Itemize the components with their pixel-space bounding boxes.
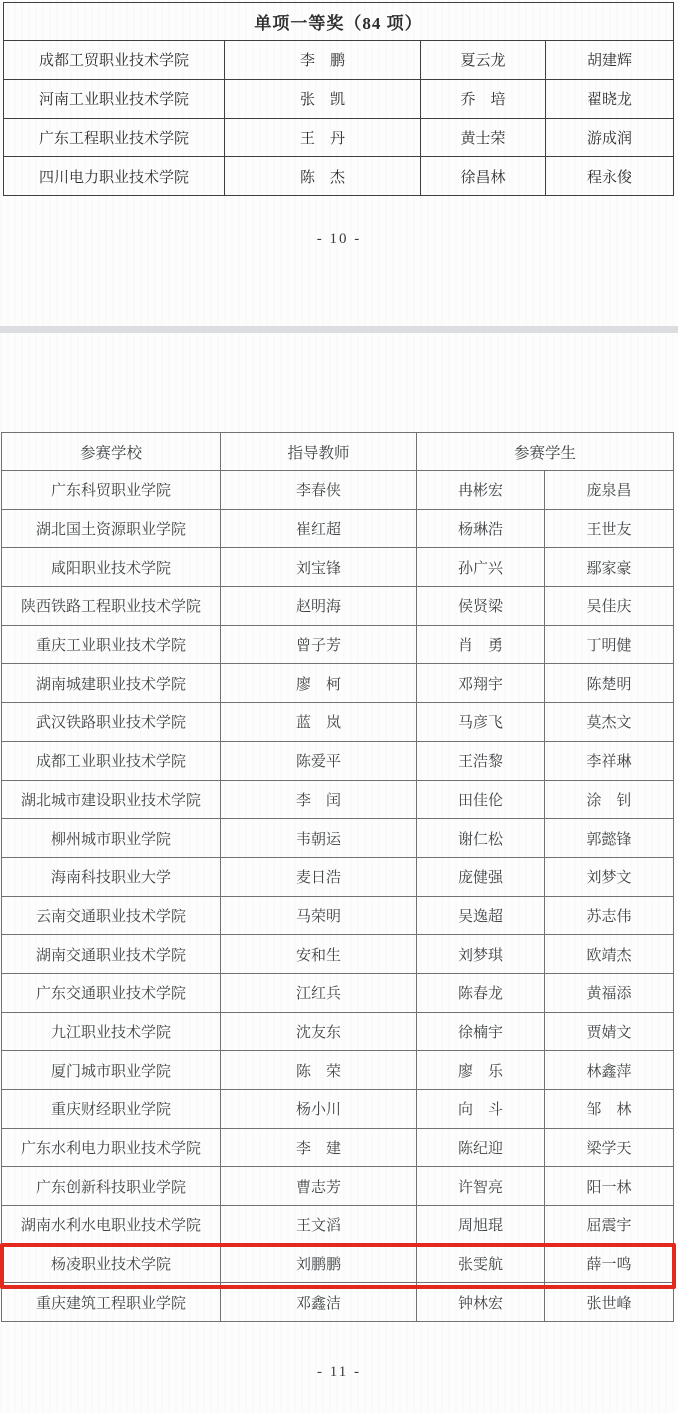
table-row: 成都工业职业技术学院陈爱平王浩黎李祥琳 [2, 741, 674, 780]
table-row: 咸阳职业技术学院刘宝锋孙广兴鄢家豪 [2, 548, 674, 587]
cell-student2: 李祥琳 [545, 741, 674, 780]
table-row: 广东科贸职业学院李春侠冉彬宏庞泉昌 [2, 471, 674, 510]
cell-school: 重庆建筑工程职业学院 [2, 1283, 221, 1322]
cell-student2: 游成润 [546, 118, 674, 157]
table-row: 九江职业技术学院沈友东徐楠宇贾婧文 [2, 1012, 674, 1051]
cell-student1: 徐昌林 [421, 157, 546, 196]
table-row: 湖南城建职业技术学院廖 柯邓翔宇陈楚明 [2, 664, 674, 703]
cell-school: 广东创新科技职业学院 [2, 1167, 221, 1206]
award-table-body-bottom: 广东科贸职业学院李春侠冉彬宏庞泉昌湖北国土资源职业学院崔红超杨琳浩王世友咸阳职业… [2, 471, 674, 1322]
cell-school: 重庆财经职业学院 [2, 1090, 221, 1129]
cell-teacher: 邓鑫洁 [221, 1283, 417, 1322]
cell-student1: 张雯航 [417, 1244, 545, 1283]
cell-student2: 陈楚明 [545, 664, 674, 703]
cell-school: 湖南交通职业技术学院 [2, 935, 221, 974]
cell-student1: 吴逸超 [417, 896, 545, 935]
cell-teacher: 曹志芳 [221, 1167, 417, 1206]
cell-student2: 胡建辉 [546, 41, 674, 80]
table-row: 河南工业职业技术学院张 凯乔 培翟晓龙 [4, 79, 674, 118]
table-row: 湖北城市建设职业技术学院李 闰田佳伦涂 钊 [2, 780, 674, 819]
cell-school: 成都工贸职业技术学院 [4, 41, 225, 80]
cell-student1: 黄士荣 [421, 118, 546, 157]
table-row: 广东水利电力职业技术学院李 建陈纪迎梁学天 [2, 1128, 674, 1167]
table-row: 厦门城市职业学院陈 荣廖 乐林鑫萍 [2, 1051, 674, 1090]
cell-school: 湖北国土资源职业学院 [2, 509, 221, 548]
cell-student1: 刘梦琪 [417, 935, 545, 974]
cell-student1: 马彦飞 [417, 703, 545, 742]
cell-teacher: 麦日浩 [221, 857, 417, 896]
cell-school: 咸阳职业技术学院 [2, 548, 221, 587]
cell-student2: 郭懿锋 [545, 819, 674, 858]
cell-student2: 丁明健 [545, 625, 674, 664]
table-row: 广东创新科技职业学院曹志芳许智亮阳一林 [2, 1167, 674, 1206]
cell-student1: 周旭琨 [417, 1206, 545, 1245]
cell-school: 湖南城建职业技术学院 [2, 664, 221, 703]
column-header-row: 参赛学校 指导教师 参赛学生 [2, 433, 674, 471]
cell-student1: 孙广兴 [417, 548, 545, 587]
cell-student1: 乔 培 [421, 79, 546, 118]
cell-student2: 翟晓龙 [546, 79, 674, 118]
cell-student1: 邓翔宇 [417, 664, 545, 703]
cell-student1: 王浩黎 [417, 741, 545, 780]
table-row: 湖北国土资源职业学院崔红超杨琳浩王世友 [2, 509, 674, 548]
cell-teacher: 马荣明 [221, 896, 417, 935]
cell-student2: 程永俊 [546, 157, 674, 196]
award-table-page10: 单项一等奖（84 项） 成都工贸职业技术学院李 鹏夏云龙胡建辉河南工业职业技术学… [3, 2, 674, 196]
cell-teacher: 王 丹 [225, 118, 421, 157]
cell-teacher: 陈 荣 [221, 1051, 417, 1090]
cell-teacher: 廖 柯 [221, 664, 417, 703]
cell-school: 海南科技职业大学 [2, 857, 221, 896]
cell-teacher: 安和生 [221, 935, 417, 974]
cell-teacher: 陈 杰 [225, 157, 421, 196]
cell-student1: 谢仁松 [417, 819, 545, 858]
cell-teacher: 刘宝锋 [221, 548, 417, 587]
cell-school: 九江职业技术学院 [2, 1012, 221, 1051]
table-row: 武汉铁路职业技术学院蓝 岚马彦飞莫杰文 [2, 703, 674, 742]
cell-teacher: 刘鹏鹏 [221, 1244, 417, 1283]
cell-school: 湖北城市建设职业技术学院 [2, 780, 221, 819]
cell-teacher: 李 建 [221, 1128, 417, 1167]
cell-student2: 鄢家豪 [545, 548, 674, 587]
col-header-students: 参赛学生 [417, 433, 674, 471]
cell-teacher: 韦朝运 [221, 819, 417, 858]
cell-school: 杨凌职业技术学院 [2, 1244, 221, 1283]
cell-student1: 向 斗 [417, 1090, 545, 1129]
scanned-document-page: 单项一等奖（84 项） 成都工贸职业技术学院李 鹏夏云龙胡建辉河南工业职业技术学… [0, 0, 678, 1413]
page-number-10: - 10 - [0, 231, 678, 248]
cell-school: 湖南水利水电职业技术学院 [2, 1206, 221, 1245]
cell-student1: 钟林宏 [417, 1283, 545, 1322]
cell-student1: 夏云龙 [421, 41, 546, 80]
cell-teacher: 沈友东 [221, 1012, 417, 1051]
table-row: 广东交通职业技术学院江红兵陈春龙黄福添 [2, 973, 674, 1012]
cell-school: 云南交通职业技术学院 [2, 896, 221, 935]
award-table-page11: 参赛学校 指导教师 参赛学生 广东科贸职业学院李春侠冉彬宏庞泉昌湖北国土资源职业… [1, 432, 674, 1322]
table-row: 成都工贸职业技术学院李 鹏夏云龙胡建辉 [4, 41, 674, 80]
cell-teacher: 曾子芳 [221, 625, 417, 664]
award-table-title: 单项一等奖（84 项） [4, 3, 674, 41]
cell-student2: 林鑫萍 [545, 1051, 674, 1090]
cell-student2: 黄福添 [545, 973, 674, 1012]
cell-school: 成都工业职业技术学院 [2, 741, 221, 780]
cell-school: 广东工程职业技术学院 [4, 118, 225, 157]
cell-student1: 陈春龙 [417, 973, 545, 1012]
cell-student2: 阳一林 [545, 1167, 674, 1206]
cell-student2: 薛一鸣 [545, 1244, 674, 1283]
highlighted-row: 杨凌职业技术学院刘鹏鹏张雯航薛一鸣 [2, 1244, 674, 1283]
cell-student1: 田佳伦 [417, 780, 545, 819]
cell-school: 陕西铁路工程职业技术学院 [2, 587, 221, 626]
cell-teacher: 蓝 岚 [221, 703, 417, 742]
cell-teacher: 张 凯 [225, 79, 421, 118]
cell-student2: 贾婧文 [545, 1012, 674, 1051]
table-row: 湖南交通职业技术学院安和生刘梦琪欧靖杰 [2, 935, 674, 974]
table-row: 四川电力职业技术学院陈 杰徐昌林程永俊 [4, 157, 674, 196]
award-title-row: 单项一等奖（84 项） [4, 3, 674, 41]
cell-student2: 庞泉昌 [545, 471, 674, 510]
cell-student2: 梁学天 [545, 1128, 674, 1167]
page-number-11: - 11 - [0, 1364, 678, 1381]
cell-school: 广东水利电力职业技术学院 [2, 1128, 221, 1167]
table-row: 柳州城市职业学院韦朝运谢仁松郭懿锋 [2, 819, 674, 858]
cell-student2: 邹 林 [545, 1090, 674, 1129]
cell-teacher: 李 闰 [221, 780, 417, 819]
cell-student2: 涂 钊 [545, 780, 674, 819]
cell-student1: 肖 勇 [417, 625, 545, 664]
cell-school: 柳州城市职业学院 [2, 819, 221, 858]
cell-teacher: 赵明海 [221, 587, 417, 626]
cell-student1: 冉彬宏 [417, 471, 545, 510]
cell-student2: 屈震宇 [545, 1206, 674, 1245]
cell-teacher: 崔红超 [221, 509, 417, 548]
col-header-school: 参赛学校 [2, 433, 221, 471]
col-header-teacher: 指导教师 [221, 433, 417, 471]
table-row: 广东工程职业技术学院王 丹黄士荣游成润 [4, 118, 674, 157]
cell-teacher: 江红兵 [221, 973, 417, 1012]
table-row: 重庆建筑工程职业学院邓鑫洁钟林宏张世峰 [2, 1283, 674, 1322]
cell-student1: 庞健强 [417, 857, 545, 896]
cell-school: 四川电力职业技术学院 [4, 157, 225, 196]
cell-student2: 莫杰文 [545, 703, 674, 742]
cell-student2: 吴佳庆 [545, 587, 674, 626]
cell-student1: 陈纪迎 [417, 1128, 545, 1167]
cell-student2: 苏志伟 [545, 896, 674, 935]
award-table-body-top: 成都工贸职业技术学院李 鹏夏云龙胡建辉河南工业职业技术学院张 凯乔 培翟晓龙广东… [4, 41, 674, 196]
cell-school: 河南工业职业技术学院 [4, 79, 225, 118]
cell-student1: 侯贤梁 [417, 587, 545, 626]
cell-student2: 王世友 [545, 509, 674, 548]
cell-student1: 杨琳浩 [417, 509, 545, 548]
cell-school: 重庆工业职业技术学院 [2, 625, 221, 664]
cell-school: 广东科贸职业学院 [2, 471, 221, 510]
cell-student1: 许智亮 [417, 1167, 545, 1206]
table-row: 海南科技职业大学麦日浩庞健强刘梦文 [2, 857, 674, 896]
cell-school: 厦门城市职业学院 [2, 1051, 221, 1090]
table-row: 湖南水利水电职业技术学院王文滔周旭琨屈震宇 [2, 1206, 674, 1245]
cell-student1: 徐楠宇 [417, 1012, 545, 1051]
cell-student2: 欧靖杰 [545, 935, 674, 974]
cell-student2: 刘梦文 [545, 857, 674, 896]
table-row: 重庆财经职业学院杨小川向 斗邹 林 [2, 1090, 674, 1129]
cell-school: 武汉铁路职业技术学院 [2, 703, 221, 742]
cell-teacher: 李 鹏 [225, 41, 421, 80]
cell-teacher: 李春侠 [221, 471, 417, 510]
page-break-divider [0, 326, 678, 333]
cell-student2: 张世峰 [545, 1283, 674, 1322]
cell-school: 广东交通职业技术学院 [2, 973, 221, 1012]
cell-student1: 廖 乐 [417, 1051, 545, 1090]
table-row: 陕西铁路工程职业技术学院赵明海侯贤梁吴佳庆 [2, 587, 674, 626]
table-row: 重庆工业职业技术学院曾子芳肖 勇丁明健 [2, 625, 674, 664]
cell-teacher: 陈爱平 [221, 741, 417, 780]
cell-teacher: 王文滔 [221, 1206, 417, 1245]
cell-teacher: 杨小川 [221, 1090, 417, 1129]
table-row: 云南交通职业技术学院马荣明吴逸超苏志伟 [2, 896, 674, 935]
